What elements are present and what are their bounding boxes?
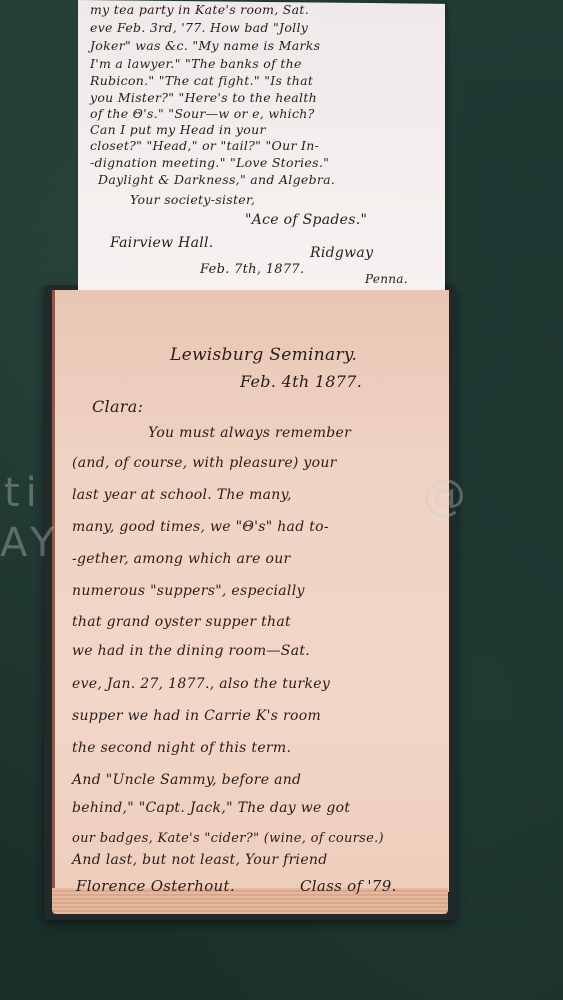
lower-line: the second night of this term. xyxy=(72,740,291,756)
lower-line: And last, but not least, Your friend xyxy=(72,852,328,868)
lower-line: we had in the dining room—Sat. xyxy=(72,643,310,659)
watermark-text: ti xyxy=(4,470,43,516)
upper-state: Penna. xyxy=(365,272,408,286)
lower-signature: Florence Osterhout. xyxy=(76,877,235,895)
upper-line: eve Feb. 3rd, '77. How bad "Jolly xyxy=(90,20,308,35)
upper-line: -dignation meeting." "Love Stories." xyxy=(90,155,329,170)
lower-heading-place: Lewisburg Seminary. xyxy=(170,345,357,365)
upper-line: Your society-sister, xyxy=(130,192,255,207)
upper-signature: "Ace of Spades." xyxy=(245,212,367,228)
lower-heading-date: Feb. 4th 1877. xyxy=(240,372,362,391)
lower-line: last year at school. The many, xyxy=(72,487,292,503)
upper-location: Ridgway xyxy=(310,245,373,261)
lower-line: numerous "suppers", especially xyxy=(72,583,305,599)
upper-place: Fairview Hall. xyxy=(110,235,214,251)
upper-line: you Mister?" "Here's to the health xyxy=(90,90,317,105)
watermark-at-icon: @ xyxy=(422,470,472,521)
lower-line: eve, Jan. 27, 1877., also the turkey xyxy=(72,676,330,692)
upper-line: Can I put my Head in your xyxy=(90,122,266,137)
upper-line: I'm a lawyer." "The banks of the xyxy=(90,56,302,71)
upper-line: Rubicon." "The cat fight." "Is that xyxy=(90,73,313,88)
upper-date: Feb. 7th, 1877. xyxy=(200,262,304,277)
lower-line: (and, of course, with pleasure) your xyxy=(72,455,337,471)
lower-line: many, good times, we "Θ's" had to- xyxy=(72,519,329,535)
watermark-text: AY xyxy=(0,520,61,566)
upper-line: my tea party in Kate's room, Sat. xyxy=(90,2,309,17)
upper-line: Daylight & Darkness," and Algebra. xyxy=(98,172,335,187)
lower-line: supper we had in Carrie K's room xyxy=(72,708,321,724)
lower-line: behind," "Capt. Jack," The day we got xyxy=(72,800,350,816)
upper-line: Joker" was &c. "My name is Marks xyxy=(90,38,320,53)
lower-line: -gether, among which are our xyxy=(72,551,291,567)
upper-line: closet?" "Head," or "tail?" "Our In- xyxy=(90,138,319,153)
lower-line: that grand oyster supper that xyxy=(72,614,291,630)
lower-line: our badges, Kate's "cider?" (wine, of co… xyxy=(72,831,384,846)
upper-line: of the Θ's." "Sour—w or e, which? xyxy=(90,106,315,121)
lower-line: You must always remember xyxy=(148,425,351,441)
lower-salutation: Clara: xyxy=(92,397,143,416)
lower-class: Class of '79. xyxy=(300,877,397,895)
lower-line: And "Uncle Sammy, before and xyxy=(72,772,301,788)
